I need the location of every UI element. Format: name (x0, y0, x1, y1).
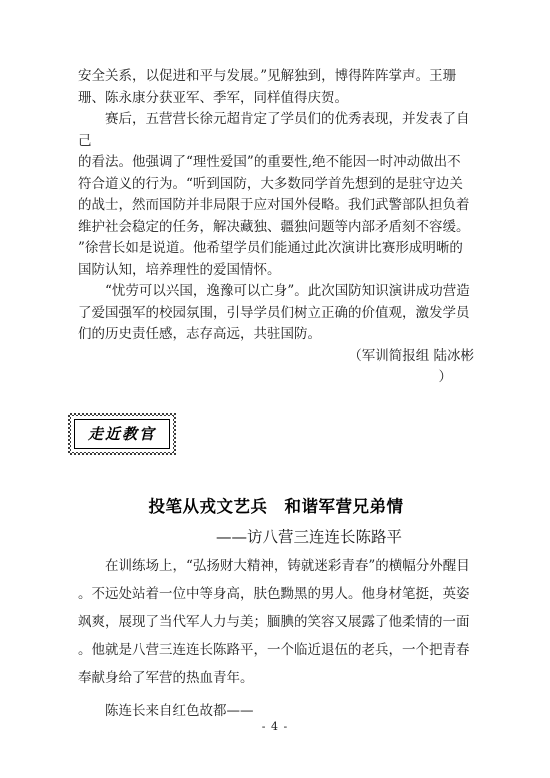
article-title: 投笔从戎文艺兵 和谐军营兄弟情 (78, 496, 474, 518)
section-badge-gap: 走近教官 (71, 416, 173, 452)
paragraph-closing: “忧劳可以兴国，逸豫可以亡身”。此次国防知识演讲成功营造 了爱国强军的校园氛围，… (78, 281, 474, 346)
page-content: 安全关系，以促进和平与发展。”见解独到，博得阵阵掌声。王珊 珊、陈永康分获亚军、… (78, 66, 474, 725)
byline-author: （军训简报组 陆冰彬 (78, 346, 474, 368)
byline: （军训简报组 陆冰彬 ） (78, 346, 474, 389)
section-badge-label: 走近教官 (74, 419, 170, 449)
paragraph-contest-results: 安全关系，以促进和平与发展。”见解独到，博得阵阵掌声。王珊 珊、陈永康分获亚军、… (78, 66, 474, 109)
document-page: 安全关系，以促进和平与发展。”见解独到，博得阵阵掌声。王珊 珊、陈永康分获亚军、… (0, 0, 550, 778)
paragraph-interview-intro: 在训练场上，“弘扬财大精神，铸就迷彩青春”的横幅分外醒目 。不远处站着一位中等身… (78, 552, 474, 692)
byline-close-paren: ） (78, 367, 474, 389)
paragraph-commander-comment: 赛后，五营营长徐元超肯定了学员们的优秀表现，并发表了自己 的看法。他强调了“理性… (78, 109, 474, 281)
article-subtitle: ——访八营三连连长陈路平 (78, 526, 474, 548)
section-badge-frame: 走近教官 (68, 413, 176, 455)
page-number: - 4 - (0, 720, 550, 733)
